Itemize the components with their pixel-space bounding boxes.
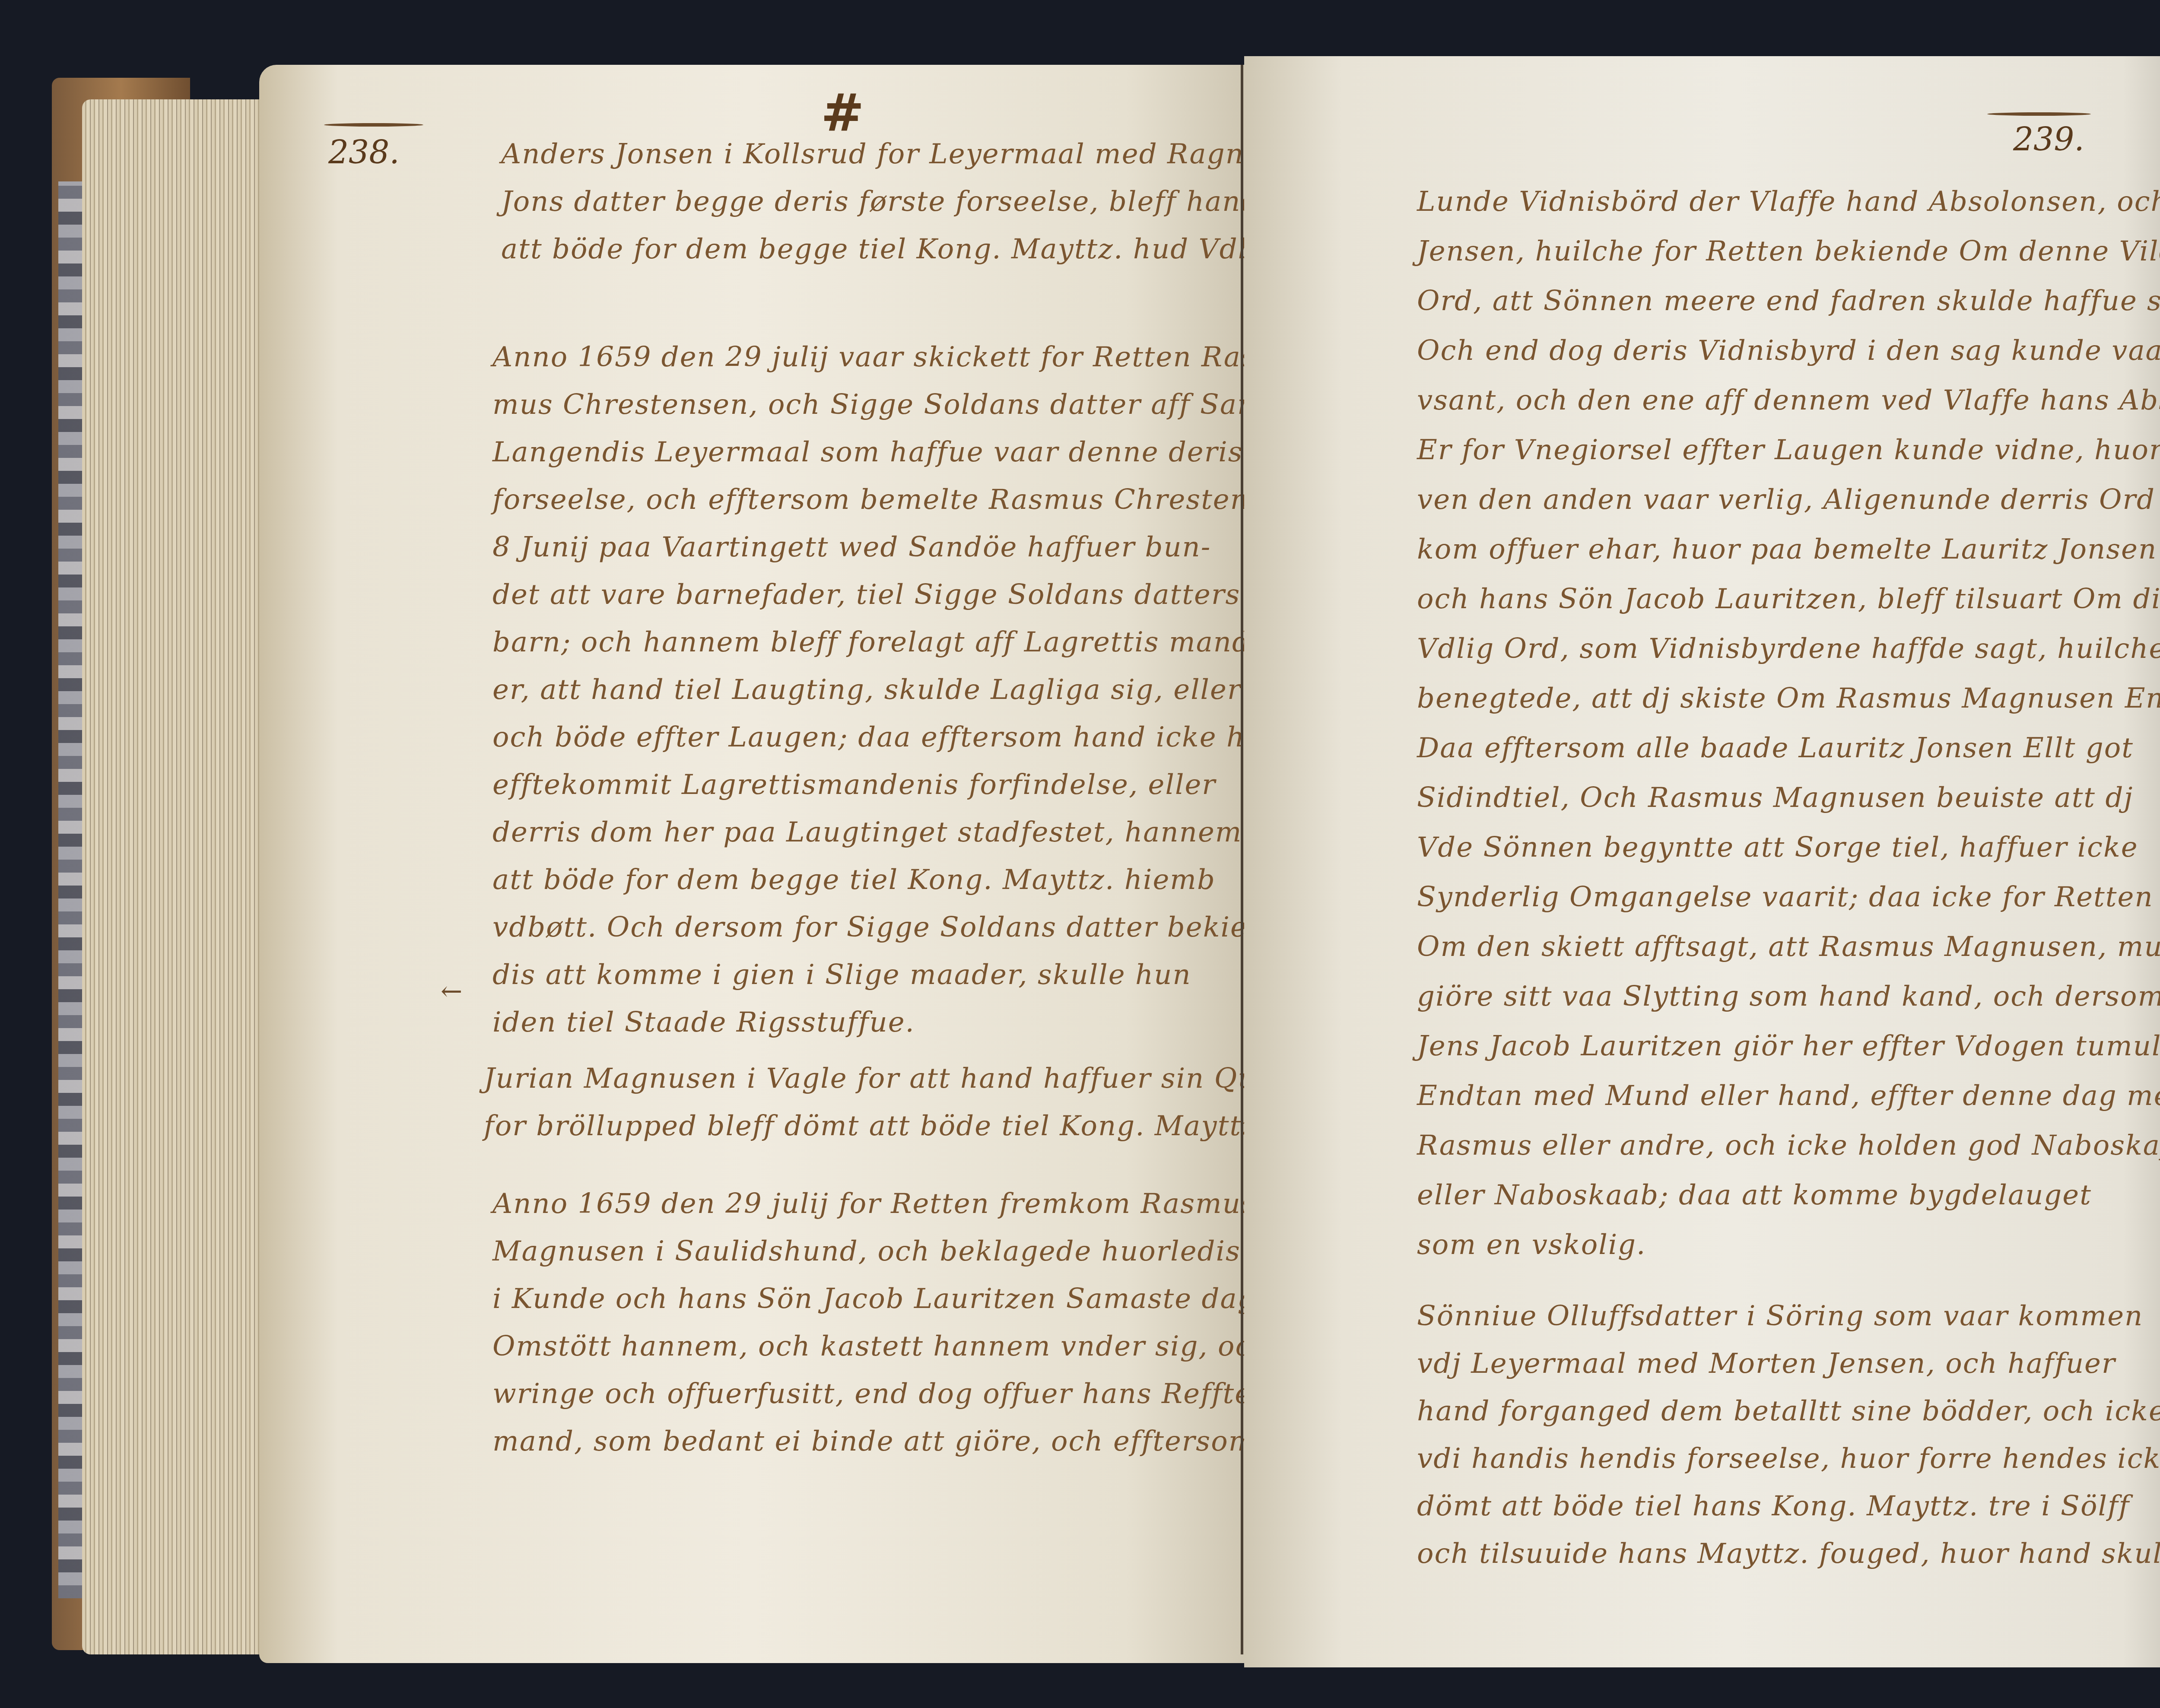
text-line: Sönniue Olluffsdatter i Söring som vaar … [1417,1300,2143,1332]
text-line: ven den anden vaar verlig, Aligenunde de… [1417,484,2155,516]
folio-swash [324,123,423,127]
text-line: benegtede, att dj skiste Om Rasmus Magnu… [1417,683,2160,714]
section-mark: # [821,82,864,143]
text-line: och hans Sön Jacob Lauritzen, bleff tils… [1417,583,2160,615]
text-line: Anders Jonsen i Kollsrud for Leyermaal m… [501,138,1282,170]
text-line: kom offuer ehar, huor paa bemelte Laurit… [1417,533,2157,565]
text-line: Vde Sönnen begyntte att Sorge tiel, haff… [1417,832,2138,864]
text-line: att böde for dem begge tiel Kong. Mayttz… [492,864,1216,896]
text-line: Anno 1659 den 29 julij vaar skickett for… [492,341,1266,373]
text-line: som en vskolig. [1417,1229,1646,1261]
spine-gutter [1241,65,1243,1654]
text-line: Jons datter begge deris første forseelse… [501,186,1344,218]
text-line: vsant, och den ene aff dennem ved Vlaffe… [1417,384,2160,416]
text-line: for bröllupped bleff dömt att böde tiel … [484,1110,1342,1142]
text-line: Endtan med Mund eller hand, effter denne… [1417,1080,2160,1112]
text-line: att böde for dem begge tiel Kong. Mayttz… [501,233,1322,265]
text-line: er, att hand tiel Laugting, skulde Lagli… [492,674,1242,706]
text-line: Langendis Leyermaal som haffue vaar denn… [492,436,1243,468]
text-line: Rasmus eller andre, och icke holden god … [1417,1130,2160,1162]
text-line: Lunde Vidnisbörd der Vlaffe hand Absolon… [1417,186,2160,218]
marbled-endpaper-left [58,181,82,1598]
text-line: mus Chrestensen, och Sigge Soldans datte… [492,389,1337,421]
text-line: dömt att böde tiel hans Kong. Mayttz. tr… [1417,1490,2130,1522]
text-line: iden tiel Staade Rigsstuffue. [492,1006,915,1038]
text-line: vdi handis hendis forseelse, huor forre … [1417,1443,2160,1475]
text-line: Jensen, huilche for Retten bekiende Om d… [1417,235,2160,267]
text-line: det att vare barnefader, tiel Sigge Sold… [492,579,1240,611]
text-line: Anno 1659 den 29 julij for Retten fremko… [492,1188,1256,1220]
text-line: hand forganged dem betalltt sine bödder,… [1417,1395,2160,1427]
folio-number: 239. [2013,121,2084,158]
margin-arrow-icon: ← [441,976,462,1006]
text-line: Synderlig Omgangelse vaarit; daa icke fo… [1417,881,2154,913]
open-book: 238. # Anders Jonsen i Kollsrud for Leye… [0,0,2160,1708]
text-line: och böde effter Laugen; daa efftersom ha… [492,721,1334,753]
text-line: efftekommit Lagrettismandenis forfindels… [492,769,1216,801]
text-line: vdj Leyermaal med Morten Jensen, och haf… [1417,1348,2116,1380]
page-block-edge-left [82,99,264,1654]
text-line: wringe och offuerfusitt, end dog offuer … [492,1378,1262,1410]
text-line: 8 Junij paa Vaartingett wed Sandöe haffu… [492,531,1211,563]
text-line: Er for Vnegiorsel effter Laugen kunde vi… [1417,434,2160,466]
text-line: eller Naboskaab; daa att komme bygdelaug… [1417,1179,2092,1211]
text-line: Vdlig Ord, som Vidnisbyrdene haffde sagt… [1417,633,2160,665]
text-line: barn; och hannem bleff forelagt aff Lagr… [492,626,1261,658]
text-line: derris dom her paa Laugtinget stadfestet… [492,816,1242,848]
text-line: Jens Jacob Lauritzen giör her effter Vdo… [1417,1030,2160,1062]
text-line: och tilsuuide hans Mayttz. fouged, huor … [1417,1538,2160,1570]
text-line: Daa efftersom alle baade Lauritz Jonsen … [1417,732,2134,764]
text-line: Och end dog deris Vidnisbyrd i den sag k… [1417,335,2160,367]
text-line: forseelse, och efftersom bemelte Rasmus … [492,484,1364,516]
text-line: vdbøtt. Och dersom for Sigge Soldans dat… [492,911,1277,943]
text-line: Jurian Magnusen i Vagle for att hand haf… [484,1063,1321,1095]
text-line: giöre sitt vaa Slytting som hand kand, o… [1417,981,2160,1013]
text-line: dis att komme i gien i Slige maader, sku… [492,959,1191,991]
text-line: Ord, att Sönnen meere end fadren skulde … [1417,285,2160,317]
right-page: 239. Lunde Vidnisbörd der Vlaffe hand Ab… [1244,56,2160,1667]
folio-number: 238. [328,134,400,171]
left-page: 238. # Anders Jonsen i Kollsrud for Leye… [259,65,1244,1663]
folio-swash [1987,112,2091,116]
text-line: Om den skiett afftsagt, att Rasmus Magnu… [1417,931,2160,963]
text-line: Sidindtiel, Och Rasmus Magnusen beuiste … [1417,782,2133,814]
